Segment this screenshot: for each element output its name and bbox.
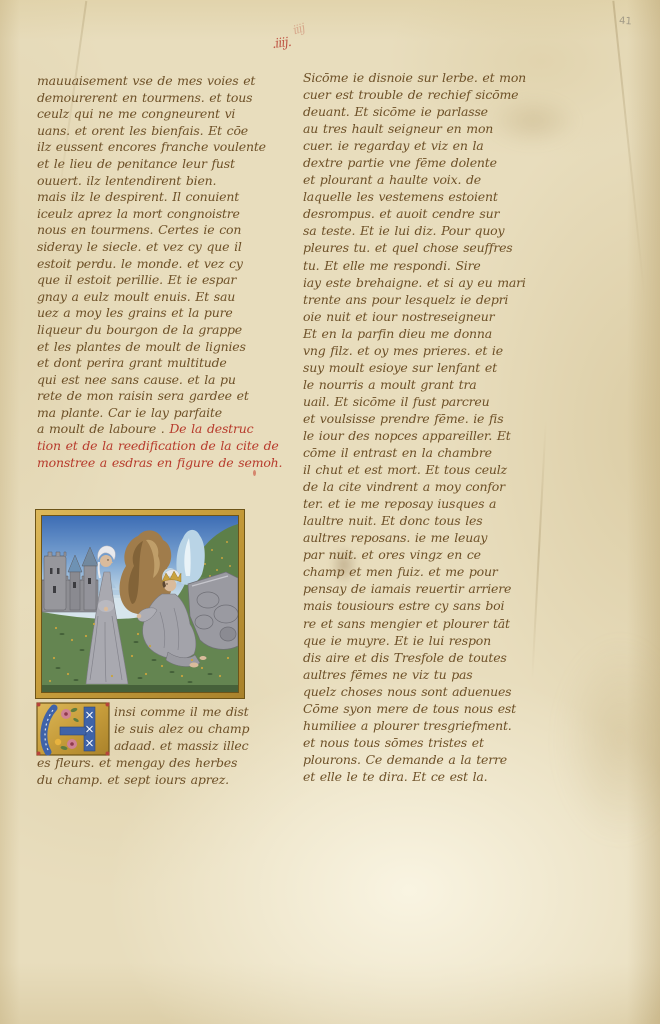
text-line: gnay a eulz moult enuis. Et sau [37,289,297,306]
body-text: desrompus. et auoit cendre sur [303,206,499,221]
text-line: aultres reposans. ie me leuay [303,530,593,547]
text-line: Cōme syon mere de tous nous est [303,701,593,718]
body-text: humiliee a plourer tresgriefment. [303,718,512,733]
text-line: rete de mon raisin sera gardee et [37,388,297,405]
body-text: il chut et est mort. Et tous ceulz [303,462,507,477]
body-text: nous en tourmens. Certes ie con [37,222,241,237]
text-line: que ie muyre. Et ie lui respon [303,633,593,650]
body-text: iay este brehaigne. et si ay eu mari [303,275,526,290]
body-text: le iour des nopces appareiller. Et [303,428,511,443]
body-text: ilz eussent encores franche voulente [37,139,266,154]
text-line: uans. et orent les bienfais. Et cōe [37,123,297,140]
initial-crossbar [60,727,86,735]
body-text: ouuert. ilz lentendirent bien. [37,173,216,188]
rubric-text: monstree a esdras en figure de semoh. [37,455,282,470]
text-line: pleures tu. et quel chose seuffres [303,240,593,257]
text-line: et les plantes de moult de lignies [37,339,297,356]
left-text-column: mauuaisement vse de mes voies etdemourer… [37,73,297,471]
text-line: que il estoit perillie. Et ie espar [37,272,297,289]
text-line: ceulz qui ne me congneurent vi [37,106,297,123]
text-line: et dont perira grant multitude [37,355,297,372]
text-line: Et en la parfin dieu me donna [303,326,593,343]
text-line: ma plante. Car ie lay parfaite [37,405,297,422]
body-text: sa teste. Et ie lui diz. Pour quoy [303,223,504,238]
text-line: dextre partie vne fēme dolente [303,155,593,172]
body-text: et nous tous sōmes tristes et [303,735,484,750]
text-line: le iour des nopces appareiller. Et [303,428,593,445]
miniature-scene [42,516,238,692]
text-line: nous en tourmens. Certes ie con [37,222,297,239]
body-text: aultres fēmes ne viz tu pas [303,667,473,682]
body-text: ma plante. Car ie lay parfaite [37,405,222,420]
body-text: estoit perdu. le monde. et vez cy [37,256,243,271]
quire-mark: .iiij. [271,35,291,52]
right-text-column: Sicōme ie disnoie sur lerbe. et moncuer … [303,70,593,786]
body-text: pleures tu. et quel chose seuffres [303,240,513,255]
text-line: par nuit. et ores vingz en ce [303,547,593,564]
body-text: mais tousiours estre cy sans boi [303,598,504,613]
body-text: es fleurs. et mengay des herbes [37,755,237,770]
body-text: rete de mon raisin sera gardee et [37,388,249,403]
body-text: aultres reposans. ie me leuay [303,530,487,545]
body-text: qui est nee sans cause. et la pu [37,372,236,387]
text-line: sa teste. Et ie lui diz. Pour quoy [303,223,593,240]
body-text: a moult de laboure . [37,421,169,436]
body-text: cōme il entrast en la chambre [303,445,492,460]
rubric-text: De la destruc [169,421,253,436]
text-line: cuer est trouble de rechief sicōme [303,87,593,104]
text-line: estoit perdu. le monde. et vez cy [37,256,297,273]
text-line: uez a moy les grains et la pure [37,305,297,322]
body-text: et plourant a haulte voix. de [303,172,481,187]
body-text: et voulsisse prendre fēme. ie fis [303,411,503,426]
red-speck [253,470,256,476]
body-text: dextre partie vne fēme dolente [303,155,497,170]
body-text: cuer est trouble de rechief sicōme [303,87,518,102]
text-line: sideray le siecle. et vez cy que il [37,239,297,256]
folio-number: 41 [619,16,632,28]
body-text: ceulz qui ne me congneurent vi [37,106,235,121]
text-line: es fleurs. et mengay des herbes [37,755,297,772]
body-text: par nuit. et ores vingz en ce [303,547,481,562]
text-line: plourons. Ce demande a la terre [303,752,593,769]
text-line: de la cite vindrent a moy confor [303,479,593,496]
body-text: et elle le te dira. Et ce est la. [303,769,487,784]
text-line: desrompus. et auoit cendre sur [303,206,593,223]
body-text: au tres hault seigneur en mon [303,121,493,136]
text-line: iceulz aprez la mort congnoistre [37,206,297,223]
text-line: aultres fēmes ne viz tu pas [303,667,593,684]
body-text: du champ. et sept iours aprez. [37,772,229,787]
text-line: et le lieu de penitance leur fust [37,156,297,173]
text-line: et elle le te dira. Et ce est la. [303,769,593,786]
body-text: quelz choses nous sont aduenues [303,684,511,699]
body-text: re et sans mengier et plourer tāt [303,616,510,631]
body-text: liqueur du bourgon de la grappe [37,322,242,337]
body-text: insi comme il me dist [114,704,248,719]
body-text: de la cite vindrent a moy confor [303,479,505,494]
text-line: tu. Et elle me respondi. Sire [303,258,593,275]
text-line: insi comme il me dist [114,704,297,721]
text-line: le nourris a moult grant tra [303,377,593,394]
text-line: demourerent en tourmens. et tous [37,90,297,107]
body-text: Sicōme ie disnoie sur lerbe. et mon [303,70,526,85]
body-text: et les plantes de moult de lignies [37,339,246,354]
text-line: adaad. et massiz illec [114,738,297,755]
text-line: a moult de laboure . De la destruc [37,421,297,438]
body-text: ie suis alez ou champ [114,721,249,736]
body-text: adaad. et massiz illec [114,738,248,753]
text-line: cuer. ie regarday et viz en la [303,138,593,155]
body-text: mais ilz le despirent. Il conuient [37,189,239,204]
text-line: au tres hault seigneur en mon [303,121,593,138]
text-line: mais tousiours estre cy sans boi [303,598,593,615]
body-text: ter. et ie me reposay iusques a [303,496,496,511]
illuminated-initial-A [36,702,110,756]
body-text: laultre nuit. Et donc tous les [303,513,482,528]
text-line: monstree a esdras en figure de semoh. [37,455,297,472]
body-text: mauuaisement vse de mes voies et [37,73,255,88]
body-text: iceulz aprez la mort congnoistre [37,206,240,221]
text-line: tion et de la reedification de la cite d… [37,438,297,455]
text-line: deuant. Et sicōme ie parlasse [303,104,593,121]
body-text: dis aire et dis Tresfole de toutes [303,650,507,665]
text-line: mauuaisement vse de mes voies et [37,73,297,90]
rubric-text: tion et de la reedification de la cite d… [37,438,279,453]
initial-artwork [36,702,110,756]
body-text: demourerent en tourmens. et tous [37,90,252,105]
body-text: laquelle les vestemens estoient [303,189,498,204]
text-line: liqueur du bourgon de la grappe [37,322,297,339]
miniature [35,509,245,699]
text-line: vng filz. et oy mes prieres. et ie [303,343,593,360]
body-text: tu. Et elle me respondi. Sire [303,258,481,273]
text-line: et plourant a haulte voix. de [303,172,593,189]
text-line: dis aire et dis Tresfole de toutes [303,650,593,667]
text-line: et voulsisse prendre fēme. ie fis [303,411,593,428]
text-line: il chut et est mort. Et tous ceulz [303,462,593,479]
body-text: et dont perira grant multitude [37,355,227,370]
body-text: trente ans pour lesquelz ie depri [303,292,508,307]
text-line: re et sans mengier et plourer tāt [303,616,593,633]
text-line: uail. Et sicōme il fust parcreu [303,394,593,411]
text-line: iay este brehaigne. et si ay eu mari [303,275,593,292]
text-line: cōme il entrast en la chambre [303,445,593,462]
body-text: suy moult esioye sur lenfant et [303,360,497,375]
text-line: mais ilz le despirent. Il conuient [37,189,297,206]
text-line: ie suis alez ou champ [114,721,297,738]
text-line: trente ans pour lesquelz ie depri [303,292,593,309]
meadow-shadow [42,685,238,692]
body-text: vng filz. et oy mes prieres. et ie [303,343,503,358]
text-line: laquelle les vestemens estoient [303,189,593,206]
body-text: le nourris a moult grant tra [303,377,477,392]
text-line: qui est nee sans cause. et la pu [37,372,297,389]
body-text: plourons. Ce demande a la terre [303,752,507,767]
text-line: humiliee a plourer tresgriefment. [303,718,593,735]
body-text: champ et men fuiz. et me pour [303,564,498,579]
text-line: ilz eussent encores franche voulente [37,139,297,156]
text-line: ouuert. ilz lentendirent bien. [37,173,297,190]
body-text: Et en la parfin dieu me donna [303,326,492,341]
text-line: suy moult esioye sur lenfant et [303,360,593,377]
body-text: et le lieu de penitance leur fust [37,156,235,171]
text-line: et nous tous sōmes tristes et [303,735,593,752]
quire-mark-ghost: iiij [291,21,306,38]
body-text: cuer. ie regarday et viz en la [303,138,484,153]
text-line: champ et men fuiz. et me pour [303,564,593,581]
body-text: que il estoit perillie. Et ie espar [37,272,236,287]
text-line: laultre nuit. Et donc tous les [303,513,593,530]
text-line: du champ. et sept iours aprez. [37,772,297,789]
text-line: Sicōme ie disnoie sur lerbe. et mon [303,70,593,87]
text-line: ter. et ie me reposay iusques a [303,496,593,513]
body-text: uez a moy les grains et la pure [37,305,233,320]
body-text: sideray le siecle. et vez cy que il [37,239,242,254]
text-line: oie nuit et iour nostreseigneur [303,309,593,326]
miniature-frame [41,515,239,693]
body-text: deuant. Et sicōme ie parlasse [303,104,488,119]
body-text: Cōme syon mere de tous nous est [303,701,516,716]
body-text: pensay de iamais reuertir arriere [303,581,511,596]
parchment-crease [612,1,645,300]
body-text: uail. Et sicōme il fust parcreu [303,394,489,409]
body-text: que ie muyre. Et ie lui respon [303,633,491,648]
body-text: uans. et orent les bienfais. Et cōe [37,123,248,138]
manuscript-page: { "page": { "quire_mark": ".iiij.", "qui… [0,0,660,1024]
text-line: quelz choses nous sont aduenues [303,684,593,701]
body-text: gnay a eulz moult enuis. Et sau [37,289,235,304]
text-line: pensay de iamais reuertir arriere [303,581,593,598]
body-text: oie nuit et iour nostreseigneur [303,309,494,324]
